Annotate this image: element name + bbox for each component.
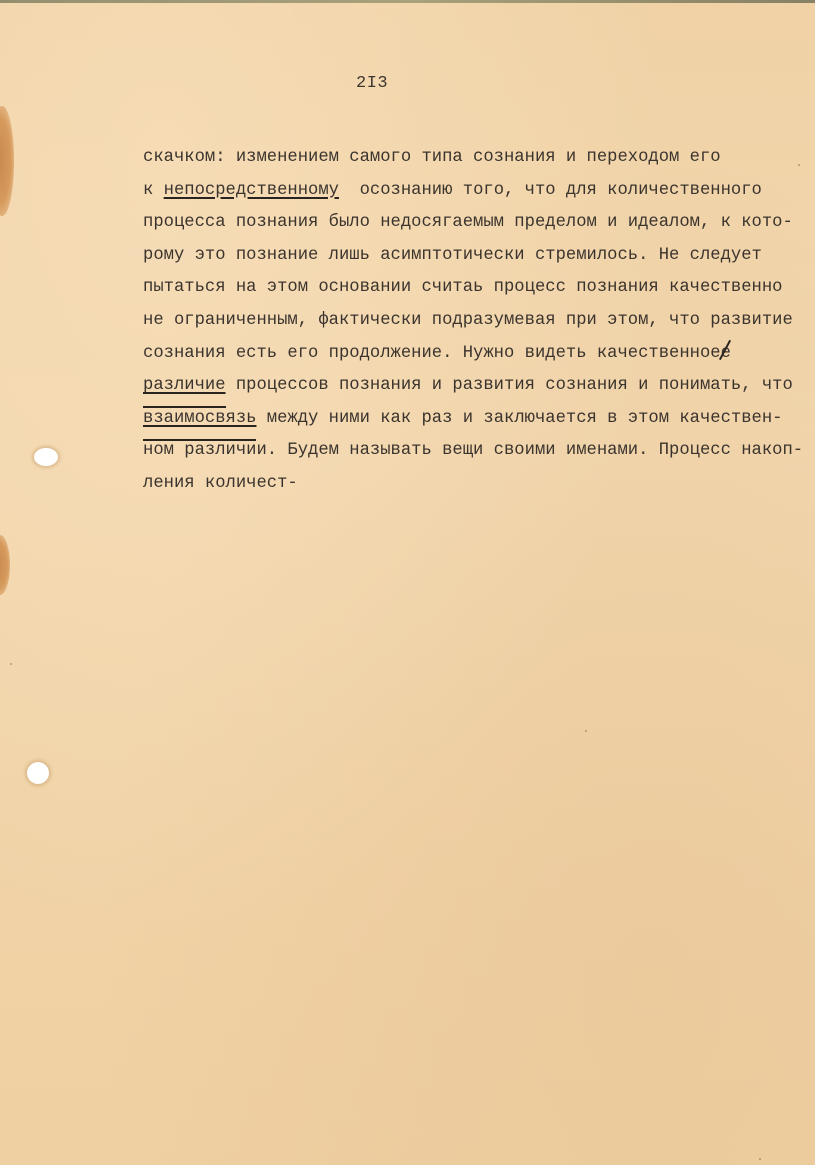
text-segment: ления количест- [143, 474, 298, 493]
text-line: различие процессов познания и развития с… [143, 374, 803, 407]
double-underlined-word: различие [143, 374, 226, 398]
text-segment: скачком: изменением самого типа сознания… [143, 148, 721, 167]
text-line: скачком: изменением самого типа сознания… [143, 146, 803, 179]
stain-mark [0, 106, 14, 216]
text-segment: ном различии. Будем называть вещи своими… [143, 441, 803, 460]
text-segment: пытаться на этом основании считаь процес… [143, 278, 782, 297]
text-segment: рому это познание лишь асимптотически ст… [143, 246, 762, 265]
text-line: ления количест- [143, 472, 803, 505]
underlined-word: непосредственному [164, 181, 339, 200]
text-segment: не ограниченным, фактически подразумевая… [143, 311, 793, 330]
typewritten-page: 2I3 скачком: изменением самого типа созн… [0, 0, 815, 1165]
page-number: 2I3 [356, 74, 388, 93]
struck-character: е [721, 342, 731, 366]
text-line: сознания есть его продолжение. Нужно вид… [143, 342, 803, 375]
stain-mark [0, 535, 10, 595]
text-line: ном различии. Будем называть вещи своими… [143, 439, 803, 472]
text-segment: осознанию того, что для количественного [339, 181, 762, 200]
text-segment: к [143, 181, 164, 200]
text-segment: процесса познания было недосягаемым пред… [143, 213, 793, 232]
text-line: процесса познания было недосягаемым пред… [143, 211, 803, 244]
text-segment: сознания есть его продолжение. Нужно вид… [143, 344, 721, 363]
paper-speck [759, 1158, 761, 1160]
paper-speck [585, 730, 587, 732]
punch-hole [27, 762, 49, 784]
text-line: рому это познание лишь асимптотически ст… [143, 244, 803, 277]
text-line: взаимосвязь между ними как раз и заключа… [143, 407, 803, 440]
text-line: не ограниченным, фактически подразумевая… [143, 309, 803, 342]
punch-hole [34, 448, 58, 466]
text-segment: процессов познания и развития сознания и… [226, 376, 793, 395]
text-line: к непосредственному осознанию того, что … [143, 179, 803, 212]
text-line: пытаться на этом основании считаь процес… [143, 276, 803, 309]
text-segment: между ними как раз и заключается в этом … [256, 409, 782, 428]
double-underlined-word: взаимосвязь [143, 407, 256, 431]
scan-edge-shadow [0, 0, 815, 3]
body-text: скачком: изменением самого типа сознания… [143, 146, 803, 505]
paper-speck [10, 663, 12, 665]
